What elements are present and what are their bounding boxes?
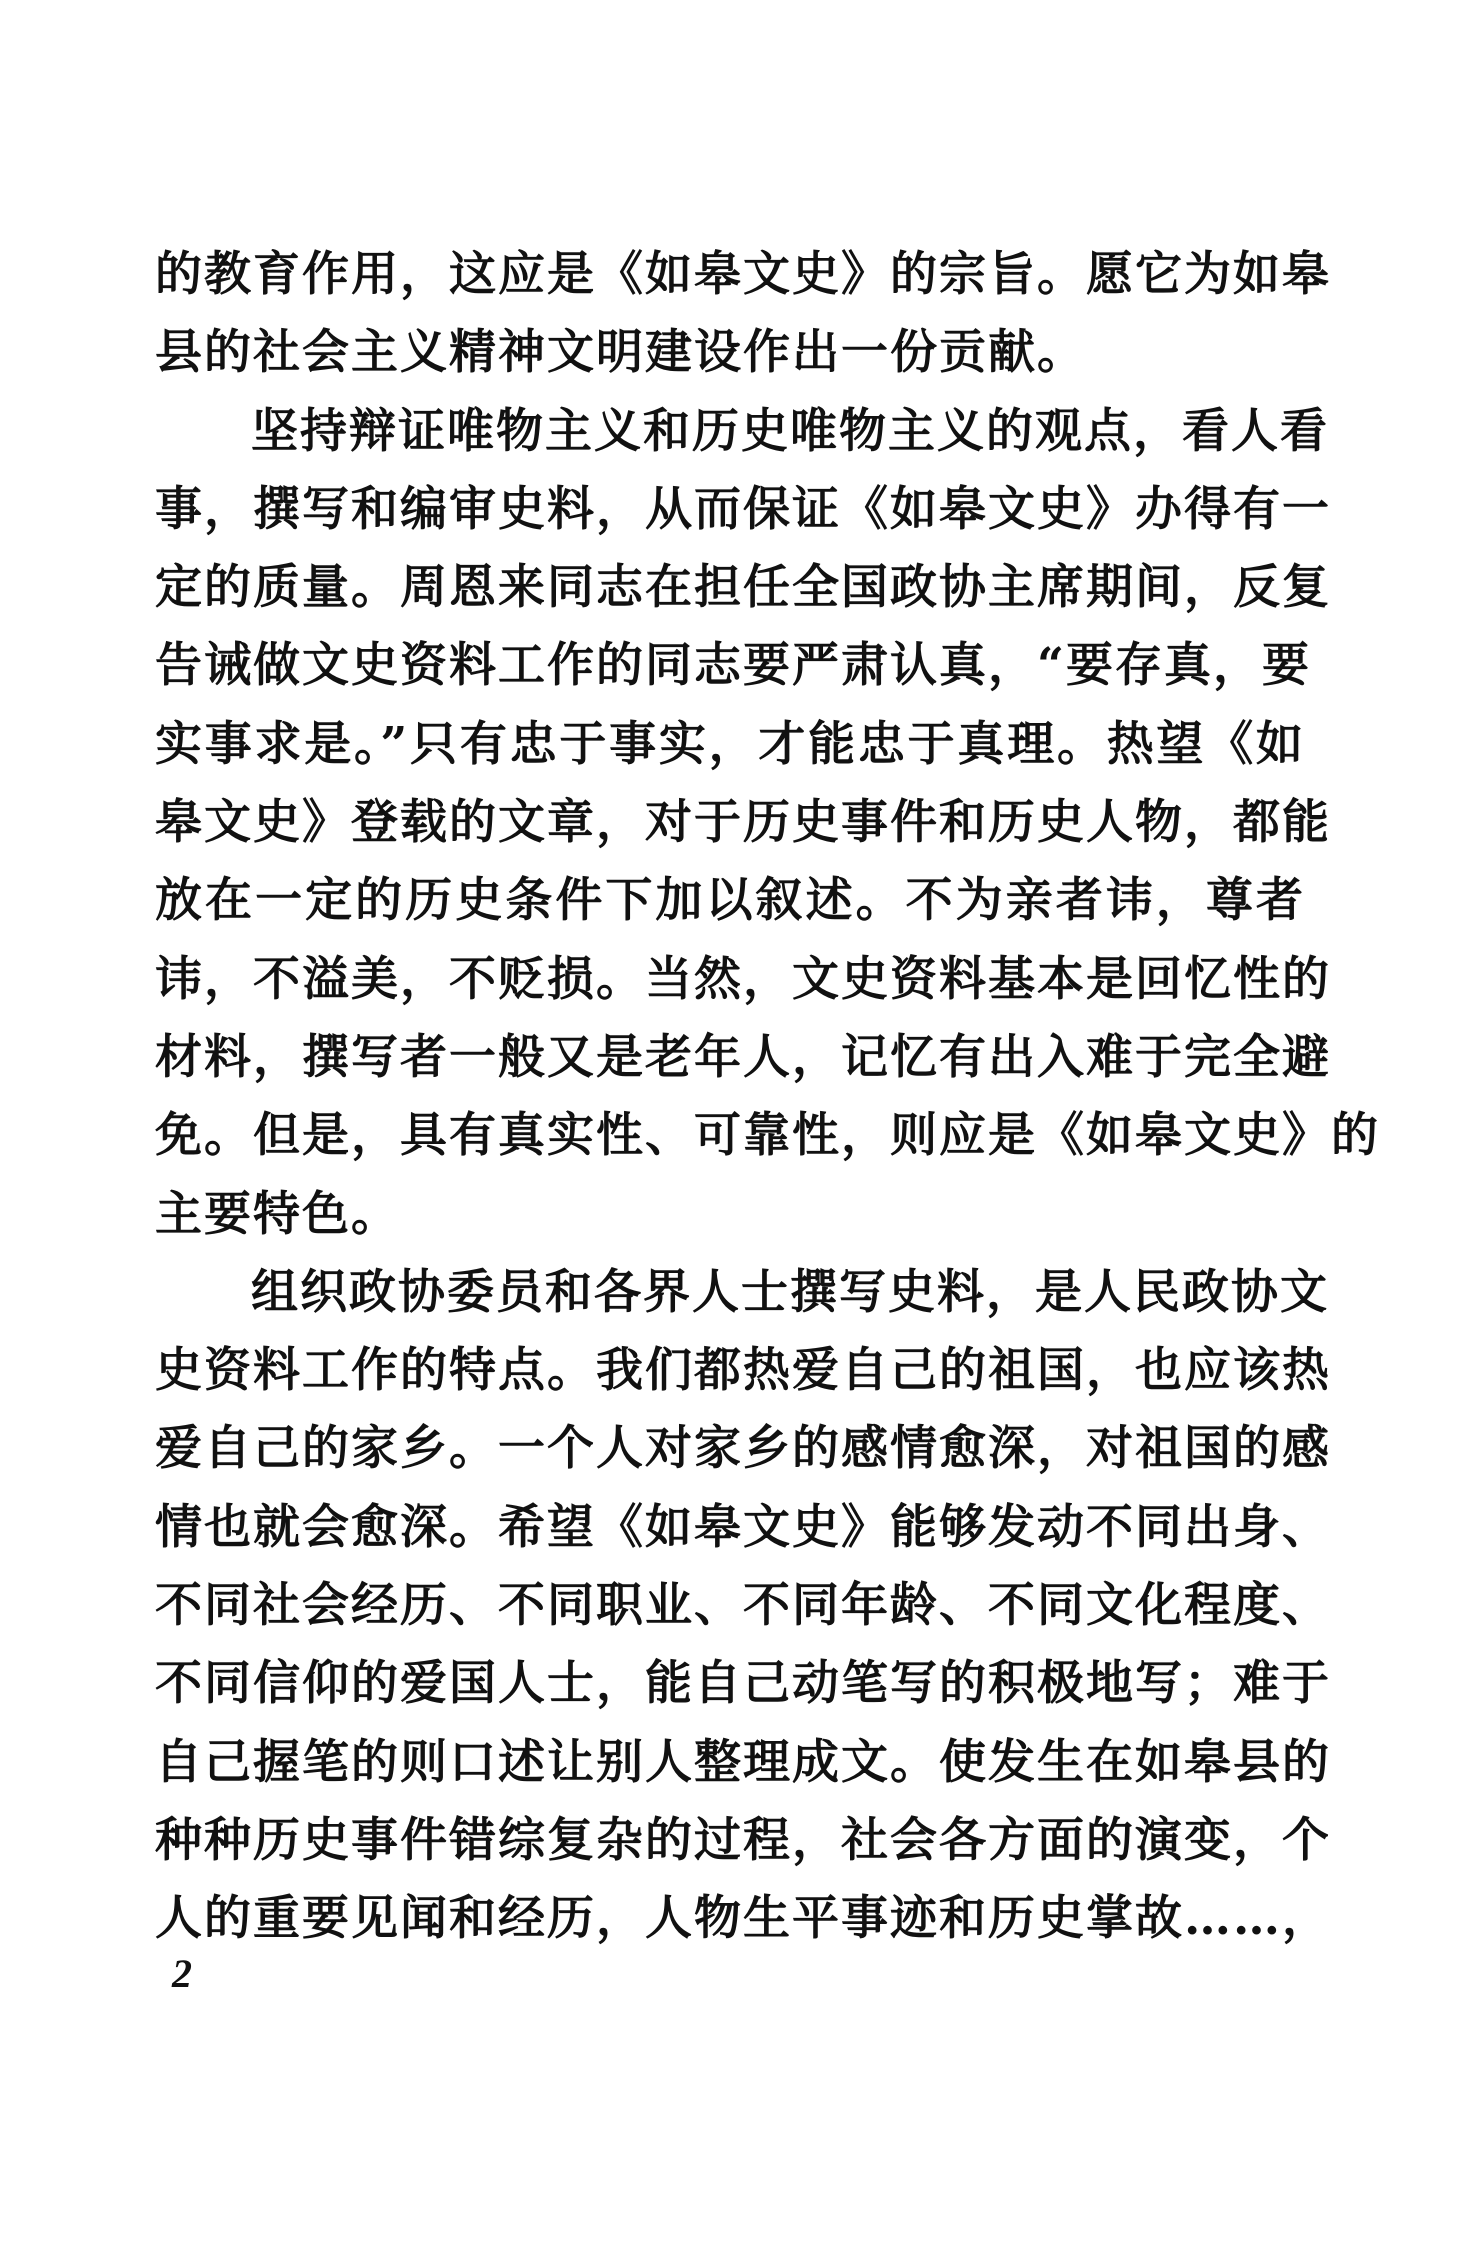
text-line: 告诫做文史资料工作的同志要严肃认真，“要存真，要	[155, 627, 1305, 705]
text-line: 主要特色。	[155, 1176, 1305, 1254]
text-line: 免。但是，具有真实性、可靠性，则应是《如皋文史》的	[155, 1097, 1305, 1175]
text-line: 不同信仰的爱国人士，能自己动笔写的积极地写；难于	[155, 1645, 1305, 1723]
text-line: 放在一定的历史条件下加以叙述。不为亲者讳，尊者	[155, 862, 1305, 940]
text-line: 种种历史事件错综复杂的过程，社会各方面的演变，个	[155, 1802, 1305, 1880]
paragraph-first-line: 组织政协委员和各界人士撰写史料，是人民政协文	[155, 1254, 1305, 1332]
body-text: 的教育作用，这应是《如皋文史》的宗旨。愿它为如皋 县的社会主义精神文明建设作出一…	[155, 236, 1305, 1959]
text-line: 实事求是。”只有忠于事实，才能忠于真理。热望《如	[155, 706, 1305, 784]
document-page: 的教育作用，这应是《如皋文史》的宗旨。愿它为如皋 县的社会主义精神文明建设作出一…	[0, 0, 1463, 2257]
text-line: 定的质量。周恩来同志在担任全国政协主席期间，反复	[155, 549, 1305, 627]
text-line: 县的社会主义精神文明建设作出一份贡献。	[155, 314, 1305, 392]
text-line: 材料，撰写者一般又是老年人，记忆有出入难于完全避	[155, 1019, 1305, 1097]
text-line: 皋文史》登载的文章，对于历史事件和历史人物，都能	[155, 784, 1305, 862]
text-line: 自己握笔的则口述让别人整理成文。使发生在如皋县的	[155, 1724, 1305, 1802]
text-line: 讳，不溢美，不贬损。当然，文史资料基本是回忆性的	[155, 941, 1305, 1019]
text-line: 事，撰写和编审史料，从而保证《如皋文史》办得有一	[155, 471, 1305, 549]
text-line: 史资料工作的特点。我们都热爱自己的祖国，也应该热	[155, 1332, 1305, 1410]
text-line: 不同社会经历、不同职业、不同年龄、不同文化程度、	[155, 1567, 1305, 1645]
page-number: 2	[172, 1950, 192, 1997]
text-line: 情也就会愈深。希望《如皋文史》能够发动不同出身、	[155, 1489, 1305, 1567]
text-line: 爱自己的家乡。一个人对家乡的感情愈深，对祖国的感	[155, 1410, 1305, 1488]
text-line: 人的重要见闻和经历，人物生平事迹和历史掌故……，	[155, 1880, 1305, 1958]
paragraph-first-line: 坚持辩证唯物主义和历史唯物主义的观点，看人看	[155, 393, 1305, 471]
text-line: 的教育作用，这应是《如皋文史》的宗旨。愿它为如皋	[155, 236, 1305, 314]
